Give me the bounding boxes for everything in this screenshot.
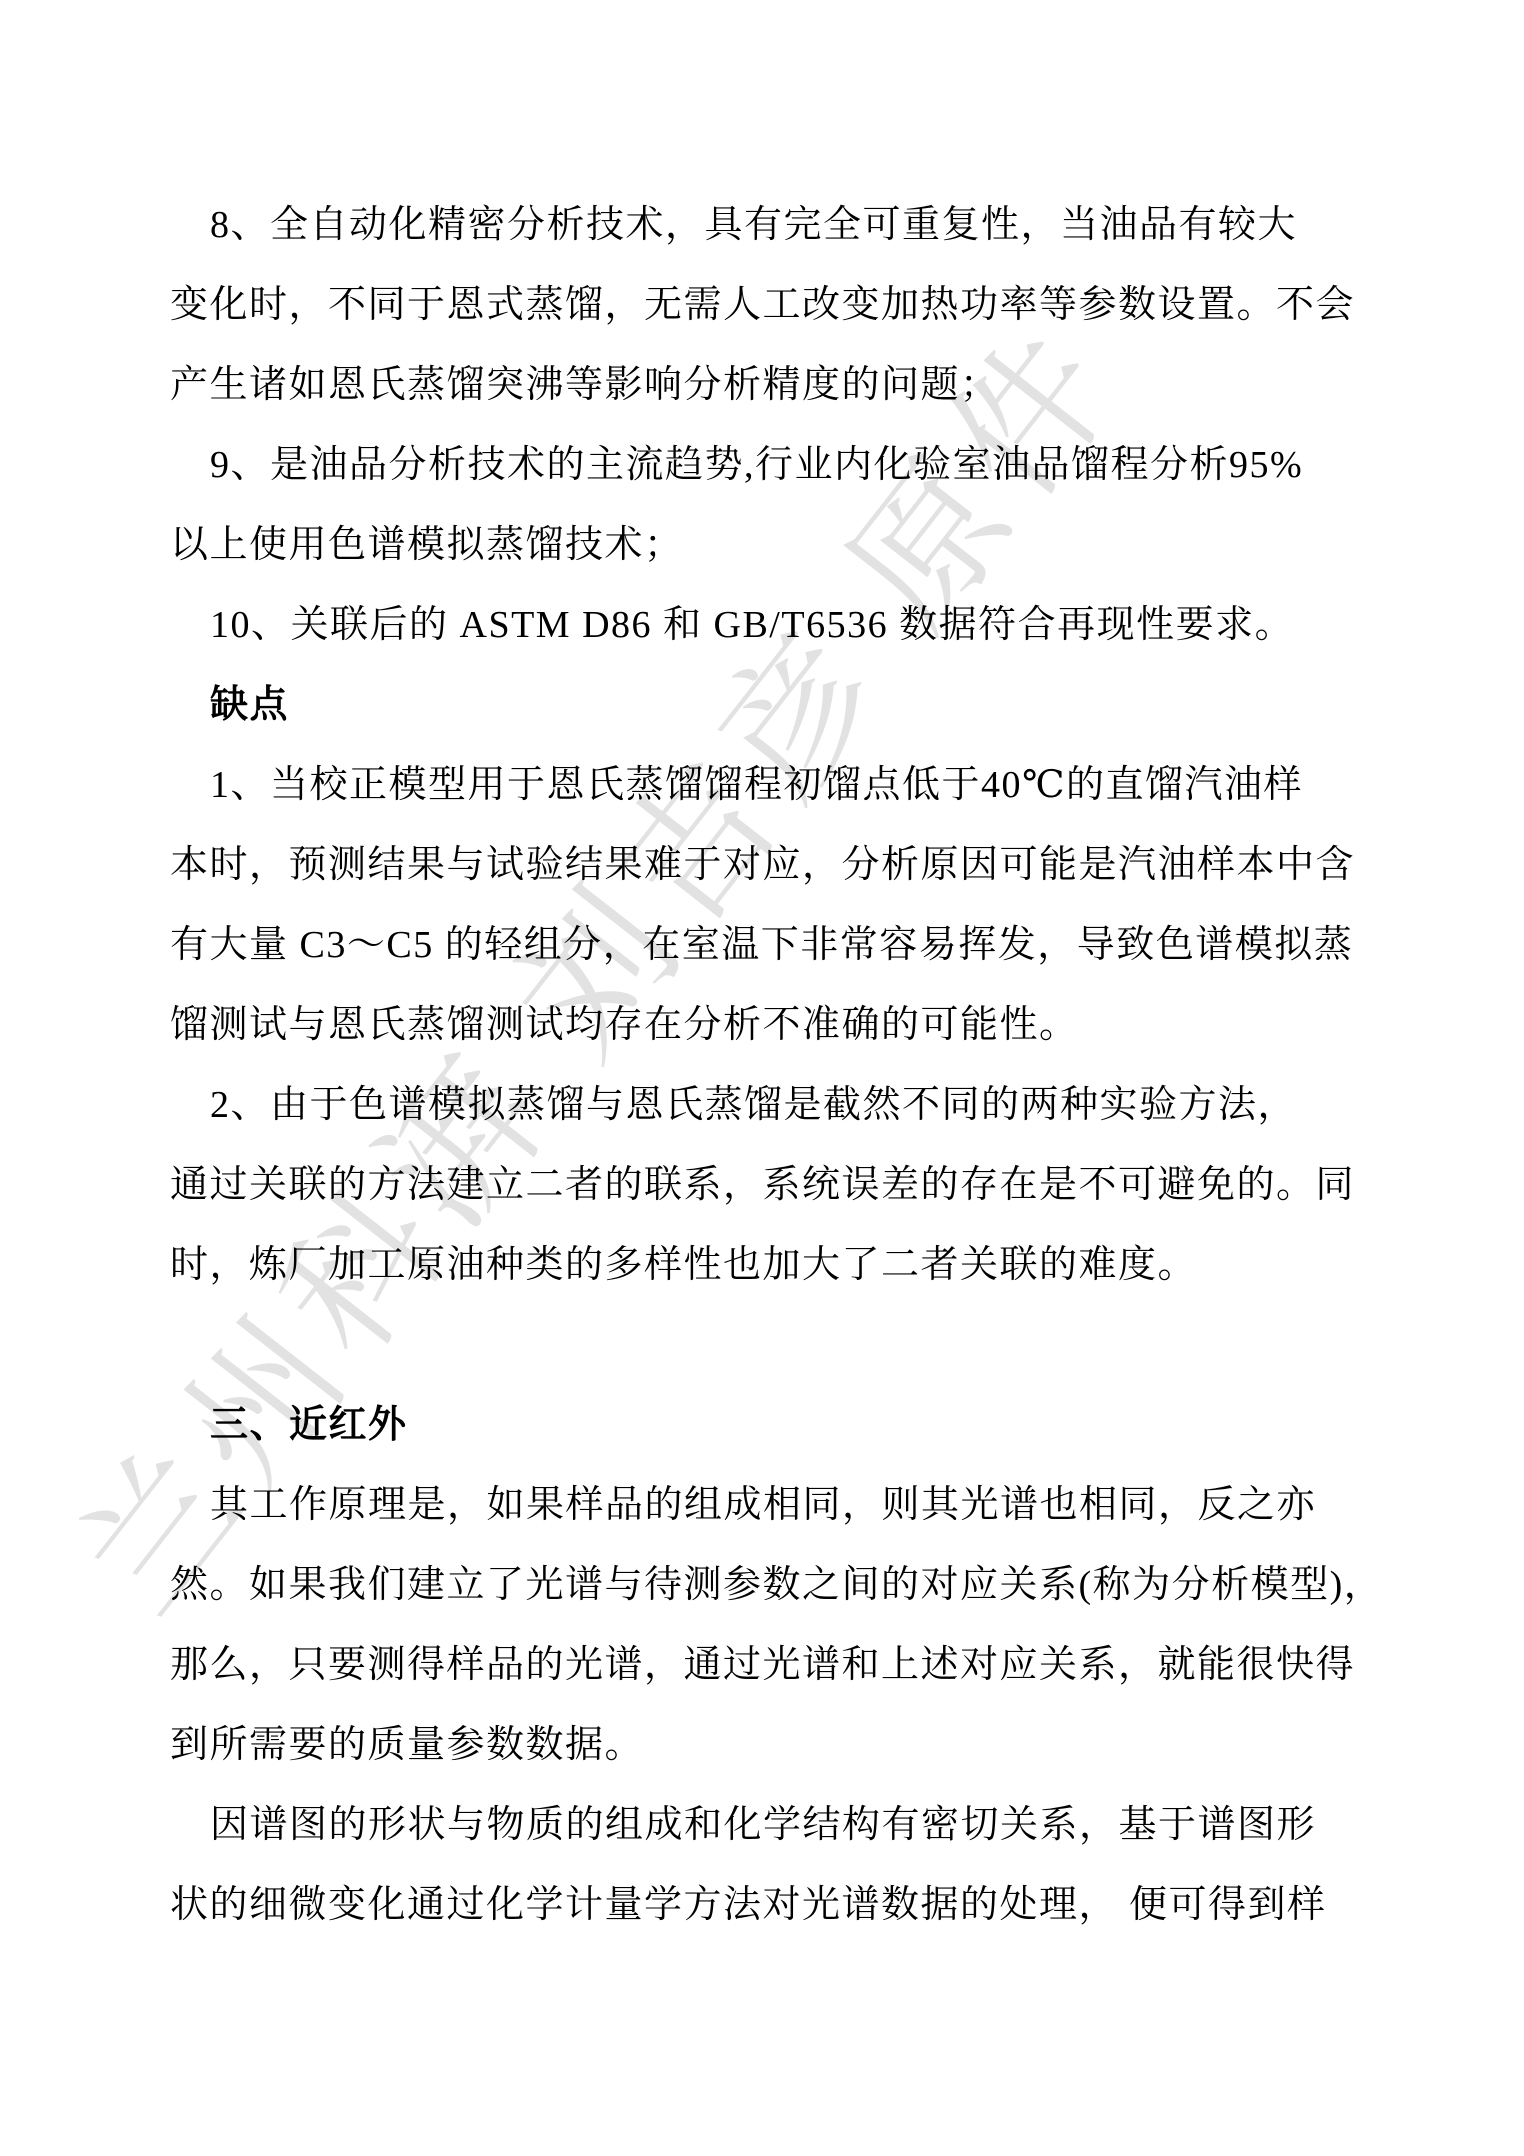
text-line: 时，炼厂加工原油种类的多样性也加大了二者关联的难度。 <box>170 1225 1362 1305</box>
heading-line: 三、近红外 <box>170 1385 1362 1465</box>
text-line: 9、是油品分析技术的主流趋势,行业内化验室油品馏程分析95% <box>170 425 1362 505</box>
text-line: 变化时，不同于恩式蒸馏，无需人工改变加热功率等参数设置。不会 <box>170 265 1362 345</box>
text-line: 其工作原理是，如果样品的组成相同，则其光谱也相同，反之亦 <box>170 1465 1362 1545</box>
text-line: 产生诸如恩氏蒸馏突沸等影响分析精度的问题； <box>170 345 1362 425</box>
text-line: 8、全自动化精密分析技术，具有完全可重复性，当油品有较大 <box>170 185 1362 265</box>
text-line: 状的细微变化通过化学计量学方法对光谱数据的处理， 便可得到样 <box>170 1865 1362 1945</box>
text-line: 1、当校正模型用于恩氏蒸馏馏程初馏点低于40℃的直馏汽油样 <box>170 745 1362 825</box>
heading-line: 缺点 <box>170 665 1362 745</box>
text-line: 因谱图的形状与物质的组成和化学结构有密切关系，基于谱图形 <box>170 1785 1362 1865</box>
text-line: 10、关联后的 ASTM D86 和 GB/T6536 数据符合再现性要求。 <box>170 585 1362 665</box>
text-line: 以上使用色谱模拟蒸馏技术； <box>170 505 1362 585</box>
text-line: 到所需要的质量参数数据。 <box>170 1705 1362 1785</box>
text-line: 有大量 C3～C5 的轻组分，在室温下非常容易挥发，导致色谱模拟蒸 <box>170 905 1362 985</box>
text-line: 通过关联的方法建立二者的联系，系统误差的存在是不可避免的。同 <box>170 1145 1362 1225</box>
text-line: 那么，只要测得样品的光谱，通过光谱和上述对应关系，就能很快得 <box>170 1625 1362 1705</box>
text-line: 2、由于色谱模拟蒸馏与恩氏蒸馏是截然不同的两种实验方法， <box>170 1065 1362 1145</box>
text-area: 8、全自动化精密分析技术，具有完全可重复性，当油品有较大变化时，不同于恩式蒸馏，… <box>170 185 1362 1945</box>
text-line: 本时，预测结果与试验结果难于对应，分析原因可能是汽油样本中含 <box>170 825 1362 905</box>
text-line: 馏测试与恩氏蒸馏测试均存在分析不准确的可能性。 <box>170 985 1362 1065</box>
document-page: 兰州科湃 刘吉彦 原件 8、全自动化精密分析技术，具有完全可重复性，当油品有较大… <box>0 0 1524 2156</box>
text-line: 然。如果我们建立了光谱与待测参数之间的对应关系(称为分析模型)， <box>170 1545 1362 1625</box>
blank-line <box>170 1305 1362 1385</box>
